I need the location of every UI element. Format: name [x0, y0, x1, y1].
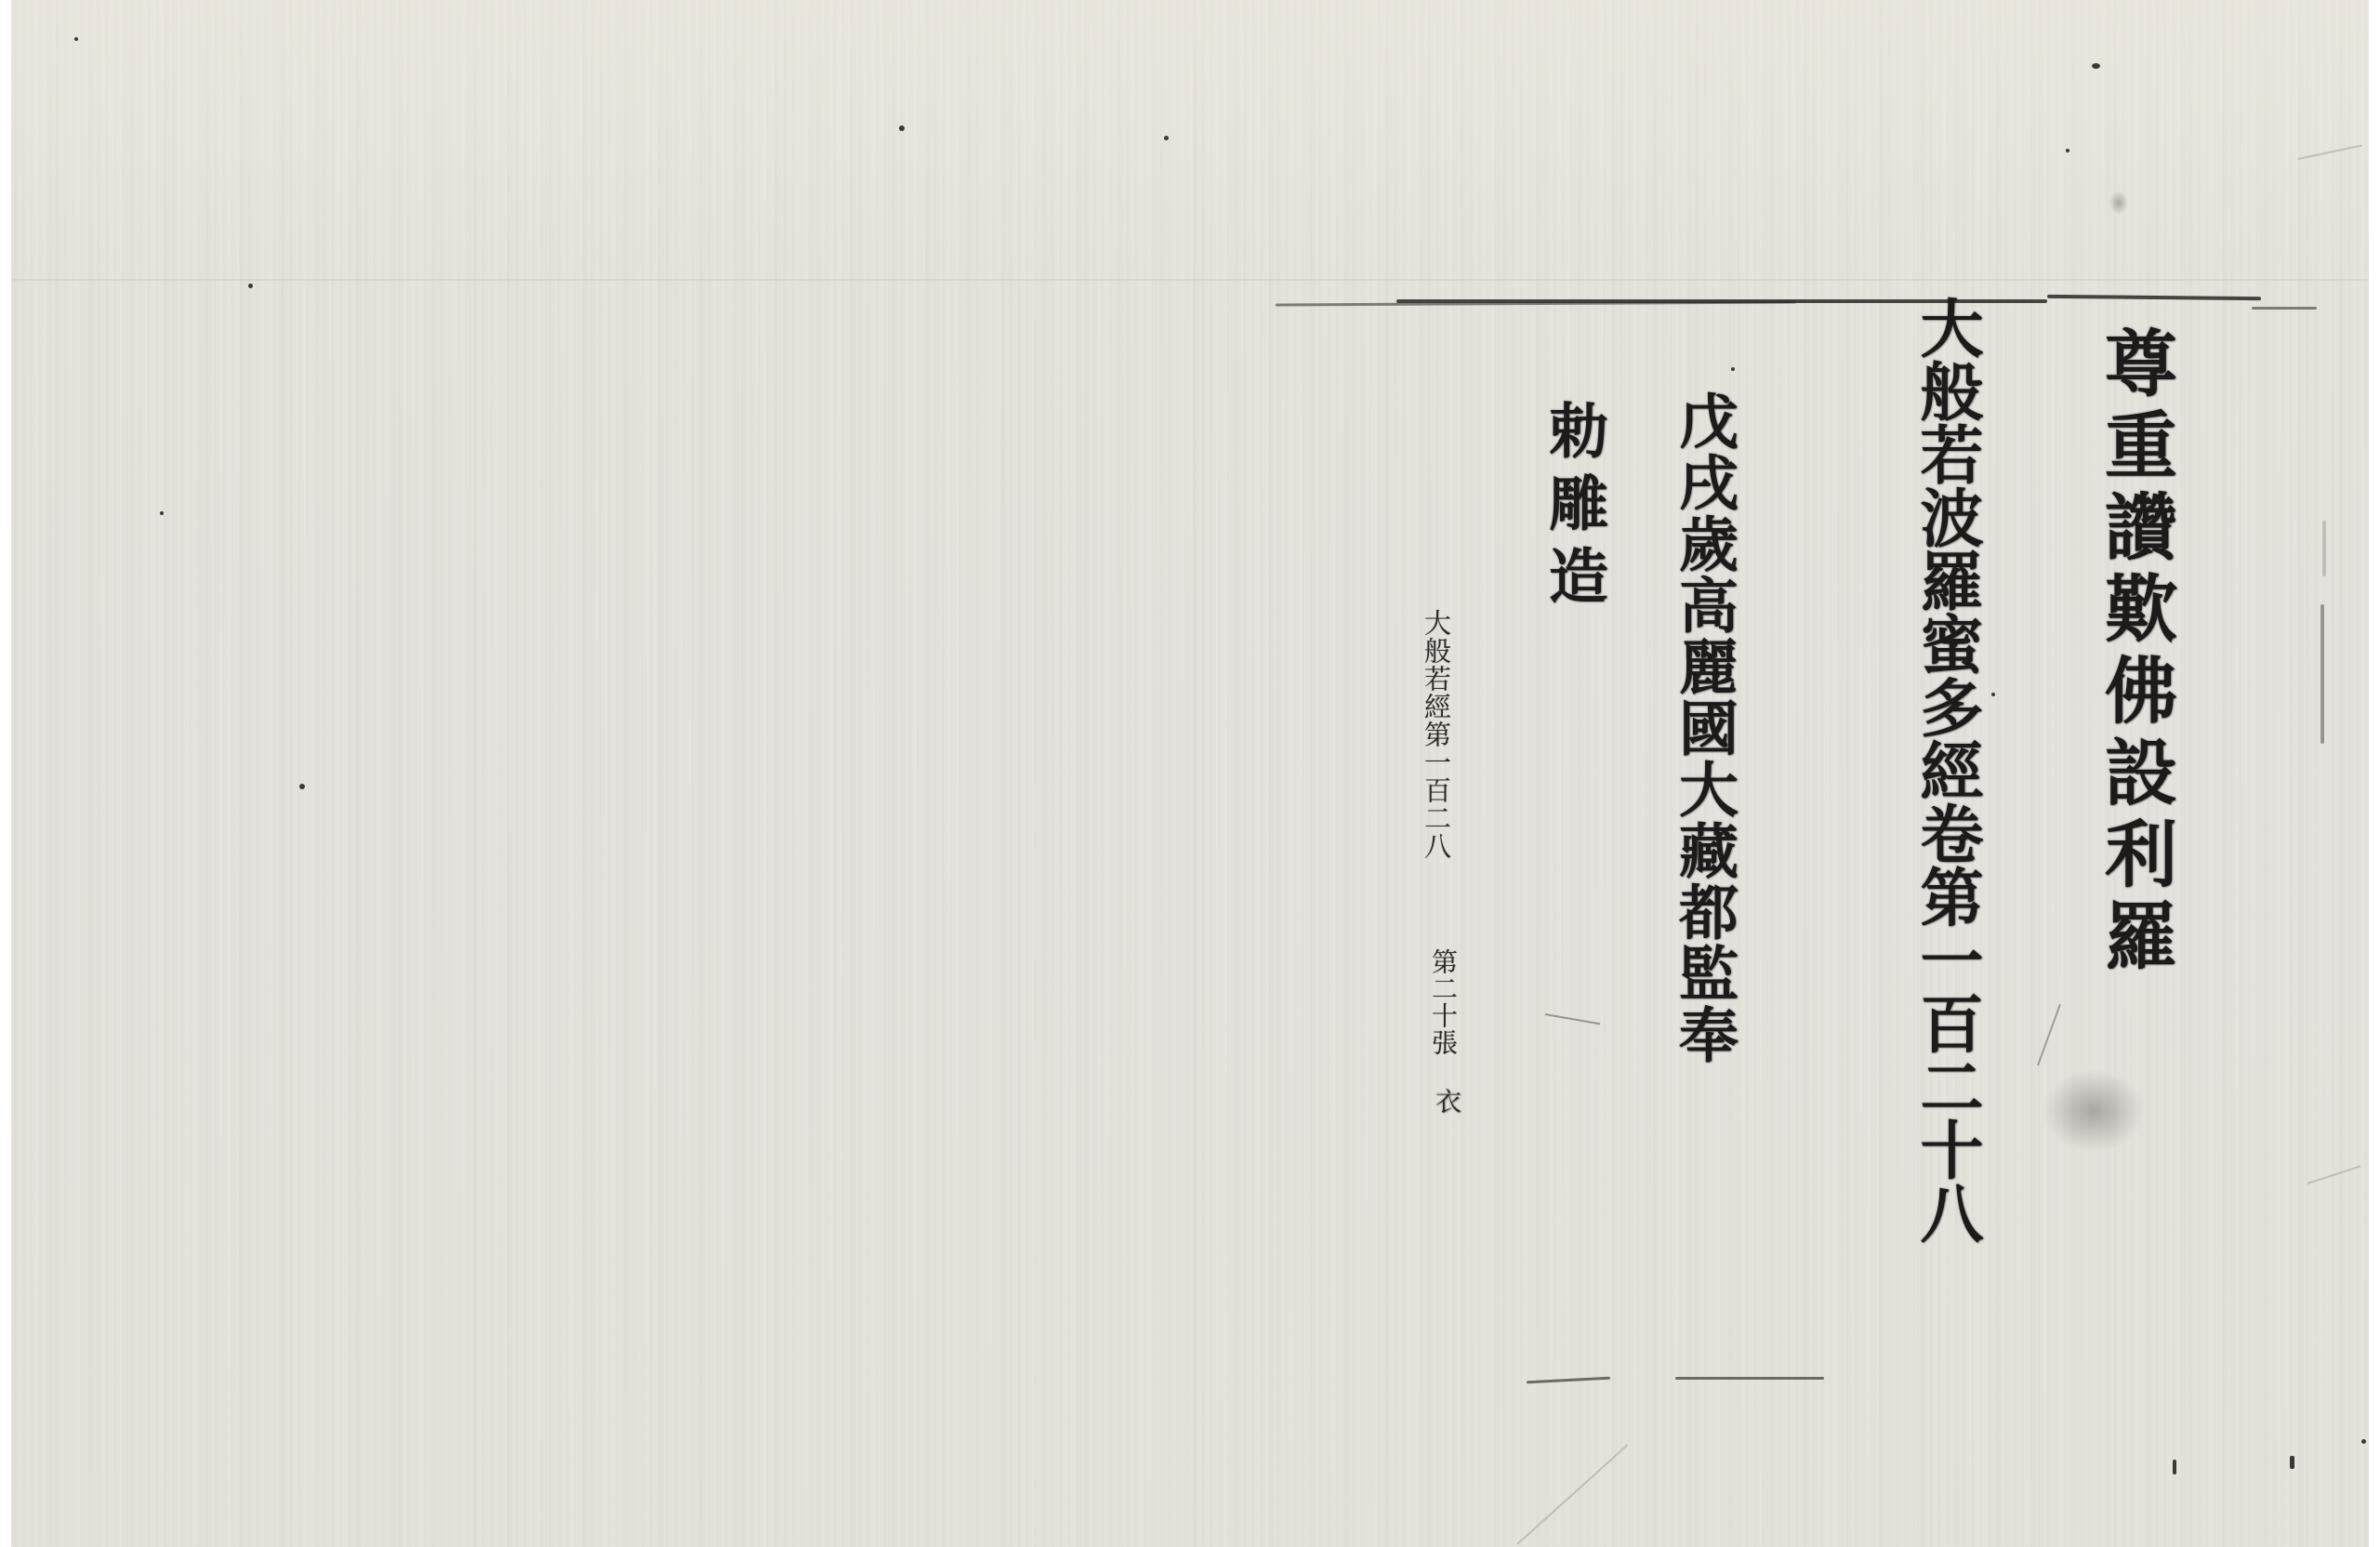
- paper-crease: [2037, 1004, 2061, 1065]
- speck: [299, 784, 305, 789]
- top-border-rule-end: [2252, 307, 2317, 310]
- bottom-border-rule-left: [1527, 1377, 1610, 1384]
- bottom-border-rule: [1675, 1377, 1824, 1380]
- speck: [248, 284, 253, 288]
- paper-sheet: 尊重讚歎佛設利羅 大般若波羅蜜多經卷第一百二十八 戊戌歲高麗國大藏都監奉 勅雕造…: [11, 0, 2369, 1547]
- text-column-colophon-order: 勅雕造: [1543, 400, 1603, 617]
- top-border-rule-right: [2047, 295, 2261, 300]
- speck: [1164, 136, 1169, 140]
- ink-stain: [2043, 1069, 2145, 1153]
- marginal-plate-label: 第二十張: [1430, 948, 1456, 1056]
- speck: [899, 126, 905, 131]
- ink-stain: [2109, 191, 2128, 215]
- speck: [74, 37, 78, 41]
- paper-crease: [2298, 144, 2362, 160]
- speck: [2173, 1460, 2176, 1474]
- marginal-edition-label: 大般若經第一百二八: [1422, 609, 1449, 860]
- speck: [2290, 1456, 2294, 1469]
- marginal-carver-mark: 衣: [1434, 1088, 1460, 1114]
- paper-crease: [1545, 1013, 1600, 1025]
- text-column-sutra-title: 大般若波羅蜜多經卷第一百二十八: [1915, 296, 1978, 1244]
- speck: [160, 511, 164, 515]
- speck: [2092, 63, 2100, 69]
- speck: [2361, 1439, 2366, 1444]
- text-column-colophon-year: 戊戌歲高麗國大藏都監奉: [1673, 390, 1733, 1065]
- speck: [1731, 367, 1735, 371]
- speck: [1991, 693, 1995, 696]
- paper-crease: [2307, 1166, 2361, 1184]
- right-border-rule-faint: [2322, 521, 2326, 576]
- paper-crease: [1516, 1444, 1628, 1545]
- paper-fold-line: [11, 279, 2369, 281]
- right-border-rule: [2320, 604, 2324, 744]
- speck: [2066, 149, 2069, 152]
- text-column-closing-line: 尊重讚歎佛設利羅: [2098, 325, 2171, 980]
